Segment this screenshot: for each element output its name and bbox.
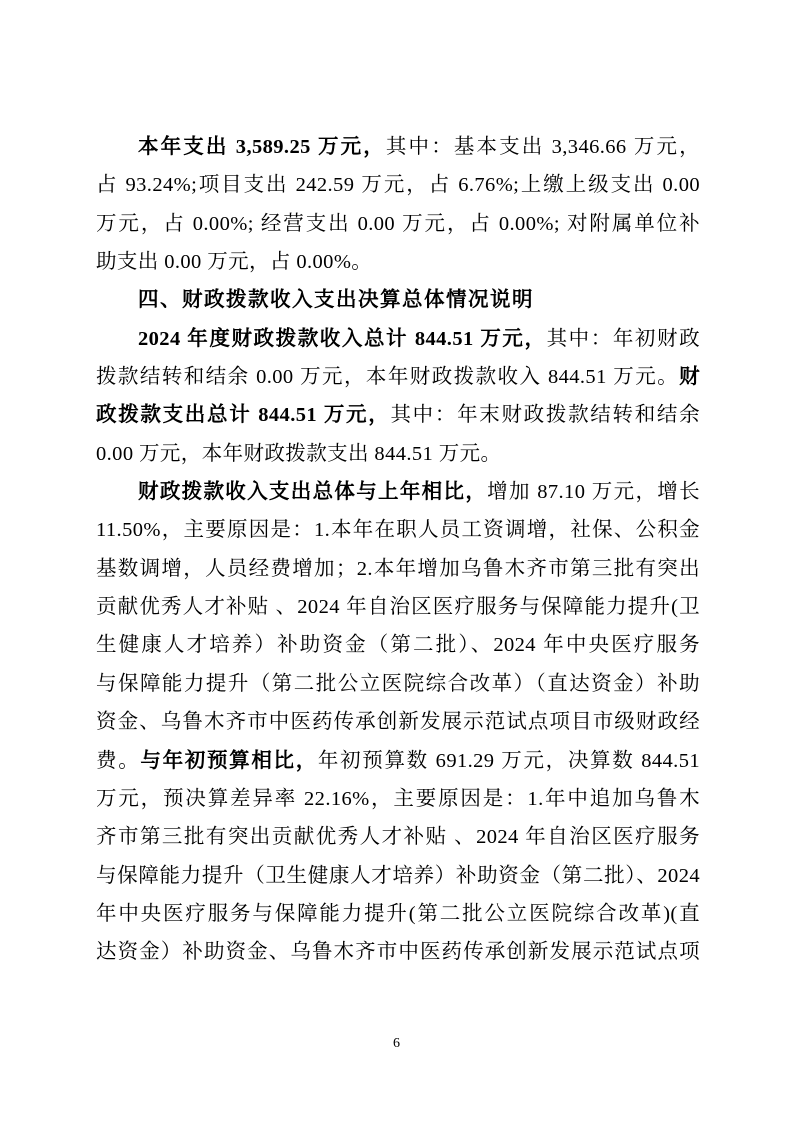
text-run: 生健康人才培养）补助资金（第二批）、2024 年中央医疗服务 xyxy=(96,634,700,656)
text-line: 齐市第三批有突出贡献优秀人才补贴 、2024 年自治区医疗服务 xyxy=(96,818,700,856)
bold-text-run: 政拨款支出总计 844.51 万元， xyxy=(96,404,390,426)
text-run: 0.00 万元，本年财政拨款支出 844.51 万元。 xyxy=(96,443,501,465)
text-run: 费。 xyxy=(96,750,140,772)
section-heading: 四、财政拨款收入支出决算总体情况说明 xyxy=(96,281,700,319)
text-line: 与保障能力提升（卫生健康人才培养）补助资金（第二批）、2024 xyxy=(96,857,700,895)
text-line: 年中央医疗服务与保障能力提升(第二批公立医院综合改革)(直 xyxy=(96,895,700,933)
text-run: 其中：基本支出 3,346.66 万元， xyxy=(386,136,700,158)
text-line: 贡献优秀人才补贴 、2024 年自治区医疗服务与保障能力提升(卫 xyxy=(96,588,700,626)
text-run: 其中：年初财政 xyxy=(547,328,700,350)
page-footer: 6 xyxy=(0,1034,793,1054)
text-line: 资金、乌鲁木齐市中医药传承创新发展示范试点项目市级财政经 xyxy=(96,703,700,741)
text-line: 财政拨款收入支出总体与上年相比，增加 87.10 万元，增长 xyxy=(96,473,700,511)
text-line: 占 93.24%;项目支出 242.59 万元，占 6.76%;上缴上级支出 0… xyxy=(96,166,700,204)
text-run: 助支出 0.00 万元，占 0.00%。 xyxy=(96,251,372,273)
text-run: 其中：年末财政拨款结转和结余 xyxy=(390,404,700,426)
text-line: 政拨款支出总计 844.51 万元，其中：年末财政拨款结转和结余 xyxy=(96,396,700,434)
page-number: 6 xyxy=(393,1036,400,1051)
bold-text-run: 本年支出 3,589.25 万元， xyxy=(138,136,386,158)
bold-text-run: 财 xyxy=(679,366,700,388)
text-line: 费。与年初预算相比，年初预算数 691.29 万元，决算数 844.51 xyxy=(96,742,700,780)
text-run: 万元，预决算差异率 22.16%，主要原因是：1.年中追加乌鲁木 xyxy=(96,788,700,810)
text-run: 万元，占 0.00%; 经营支出 0.00 万元，占 0.00%; 对附属单位补 xyxy=(96,213,700,235)
text-line: 助支出 0.00 万元，占 0.00%。 xyxy=(96,243,700,281)
document-page: 本年支出 3,589.25 万元，其中：基本支出 3,346.66 万元，占 9… xyxy=(0,0,793,1122)
text-run: 与保障能力提升（第二批公立医院综合改革）（直达资金）补助 xyxy=(96,673,700,695)
text-run: 基数调增，人员经费增加；2.本年增加乌鲁木齐市第三批有突出 xyxy=(96,558,700,580)
text-line: 达资金）补助资金、乌鲁木齐市中医药传承创新发展示范试点项 xyxy=(96,933,700,971)
text-line: 万元，占 0.00%; 经营支出 0.00 万元，占 0.00%; 对附属单位补 xyxy=(96,205,700,243)
bold-text-run: 财政拨款收入支出总体与上年相比， xyxy=(138,481,487,503)
text-line: 生健康人才培养）补助资金（第二批）、2024 年中央医疗服务 xyxy=(96,626,700,664)
text-run: 齐市第三批有突出贡献优秀人才补贴 、2024 年自治区医疗服务 xyxy=(96,826,700,848)
text-run: 拨款结转和结余 0.00 万元，本年财政拨款收入 844.51 万元。 xyxy=(96,366,679,388)
heading-run: 四、财政拨款收入支出决算总体情况说明 xyxy=(138,288,534,311)
bold-text-run: 与年初预算相比， xyxy=(140,750,318,772)
text-line: 2024 年度财政拨款收入总计 844.51 万元，其中：年初财政 xyxy=(96,320,700,358)
text-run: 11.50%，主要原因是：1.本年在职人员工资调增，社保、公积金 xyxy=(96,519,700,541)
text-run: 年初预算数 691.29 万元，决算数 844.51 xyxy=(318,750,700,772)
text-run: 与保障能力提升（卫生健康人才培养）补助资金（第二批）、2024 xyxy=(96,865,700,887)
text-run: 占 93.24%;项目支出 242.59 万元，占 6.76%;上缴上级支出 0… xyxy=(96,174,700,196)
text-run: 资金、乌鲁木齐市中医药传承创新发展示范试点项目市级财政经 xyxy=(96,711,700,733)
text-line: 本年支出 3,589.25 万元，其中：基本支出 3,346.66 万元， xyxy=(96,128,700,166)
text-run: 贡献优秀人才补贴 、2024 年自治区医疗服务与保障能力提升(卫 xyxy=(96,596,700,618)
text-run: 达资金）补助资金、乌鲁木齐市中医药传承创新发展示范试点项 xyxy=(96,941,700,963)
text-line: 基数调增，人员经费增加；2.本年增加乌鲁木齐市第三批有突出 xyxy=(96,550,700,588)
text-run: 增加 87.10 万元，增长 xyxy=(487,481,700,503)
text-run: 年中央医疗服务与保障能力提升(第二批公立医院综合改革)(直 xyxy=(96,903,700,925)
text-line: 万元，预决算差异率 22.16%，主要原因是：1.年中追加乌鲁木 xyxy=(96,780,700,818)
bold-text-run: 2024 年度财政拨款收入总计 844.51 万元， xyxy=(138,328,547,350)
text-line: 0.00 万元，本年财政拨款支出 844.51 万元。 xyxy=(96,435,700,473)
document-body: 本年支出 3,589.25 万元，其中：基本支出 3,346.66 万元，占 9… xyxy=(96,128,700,972)
text-line: 11.50%，主要原因是：1.本年在职人员工资调增，社保、公积金 xyxy=(96,511,700,549)
text-line: 拨款结转和结余 0.00 万元，本年财政拨款收入 844.51 万元。财 xyxy=(96,358,700,396)
text-line: 与保障能力提升（第二批公立医院综合改革）（直达资金）补助 xyxy=(96,665,700,703)
